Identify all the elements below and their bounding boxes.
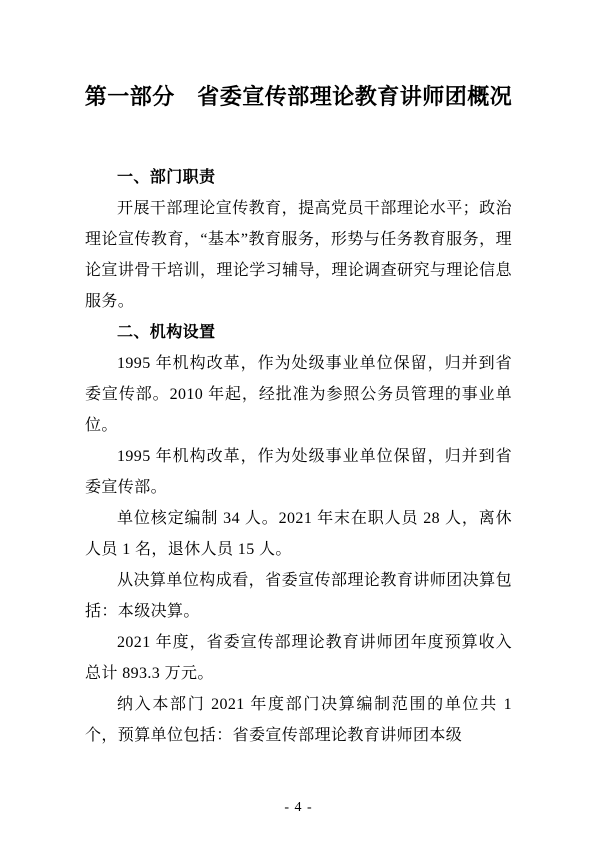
paragraph-budget-units: 纳入本部门 2021 年度部门决算编制范围的单位共 1 个，预算单位包括：省委宣…	[85, 689, 512, 751]
paragraph-reform-2010: 1995 年机构改革，作为处级事业单位保留，归并到省委宣传部。2010 年起，经…	[85, 348, 512, 441]
section-heading-duties: 一、部门职责	[85, 162, 512, 193]
paragraph-budget-income: 2021 年度，省委宣传部理论教育讲师团年度预算收入总计 893.3 万元。	[85, 627, 512, 689]
document-page: 第一部分 省委宣传部理论教育讲师团概况 一、部门职责 开展干部理论宣传教育，提高…	[0, 0, 597, 849]
paragraph-staffing: 单位核定编制 34 人。2021 年末在职人员 28 人，离休人员 1 名，退休…	[85, 503, 512, 565]
page-number: - 4 -	[0, 800, 597, 816]
section-heading-organization: 二、机构设置	[85, 317, 512, 348]
paragraph-reform-repeat: 1995 年机构改革，作为处级事业单位保留，归并到省委宣传部。	[85, 441, 512, 503]
document-body: 一、部门职责 开展干部理论宣传教育，提高党员干部理论水平；政治理论宣传教育，“基…	[85, 162, 512, 751]
paragraph-accounts-composition: 从决算单位构成看，省委宣传部理论教育讲师团决算包括：本级决算。	[85, 565, 512, 627]
paragraph-duties: 开展干部理论宣传教育，提高党员干部理论水平；政治理论宣传教育，“基本”教育服务，…	[85, 193, 512, 317]
document-title: 第一部分 省委宣传部理论教育讲师团概况	[0, 0, 597, 112]
